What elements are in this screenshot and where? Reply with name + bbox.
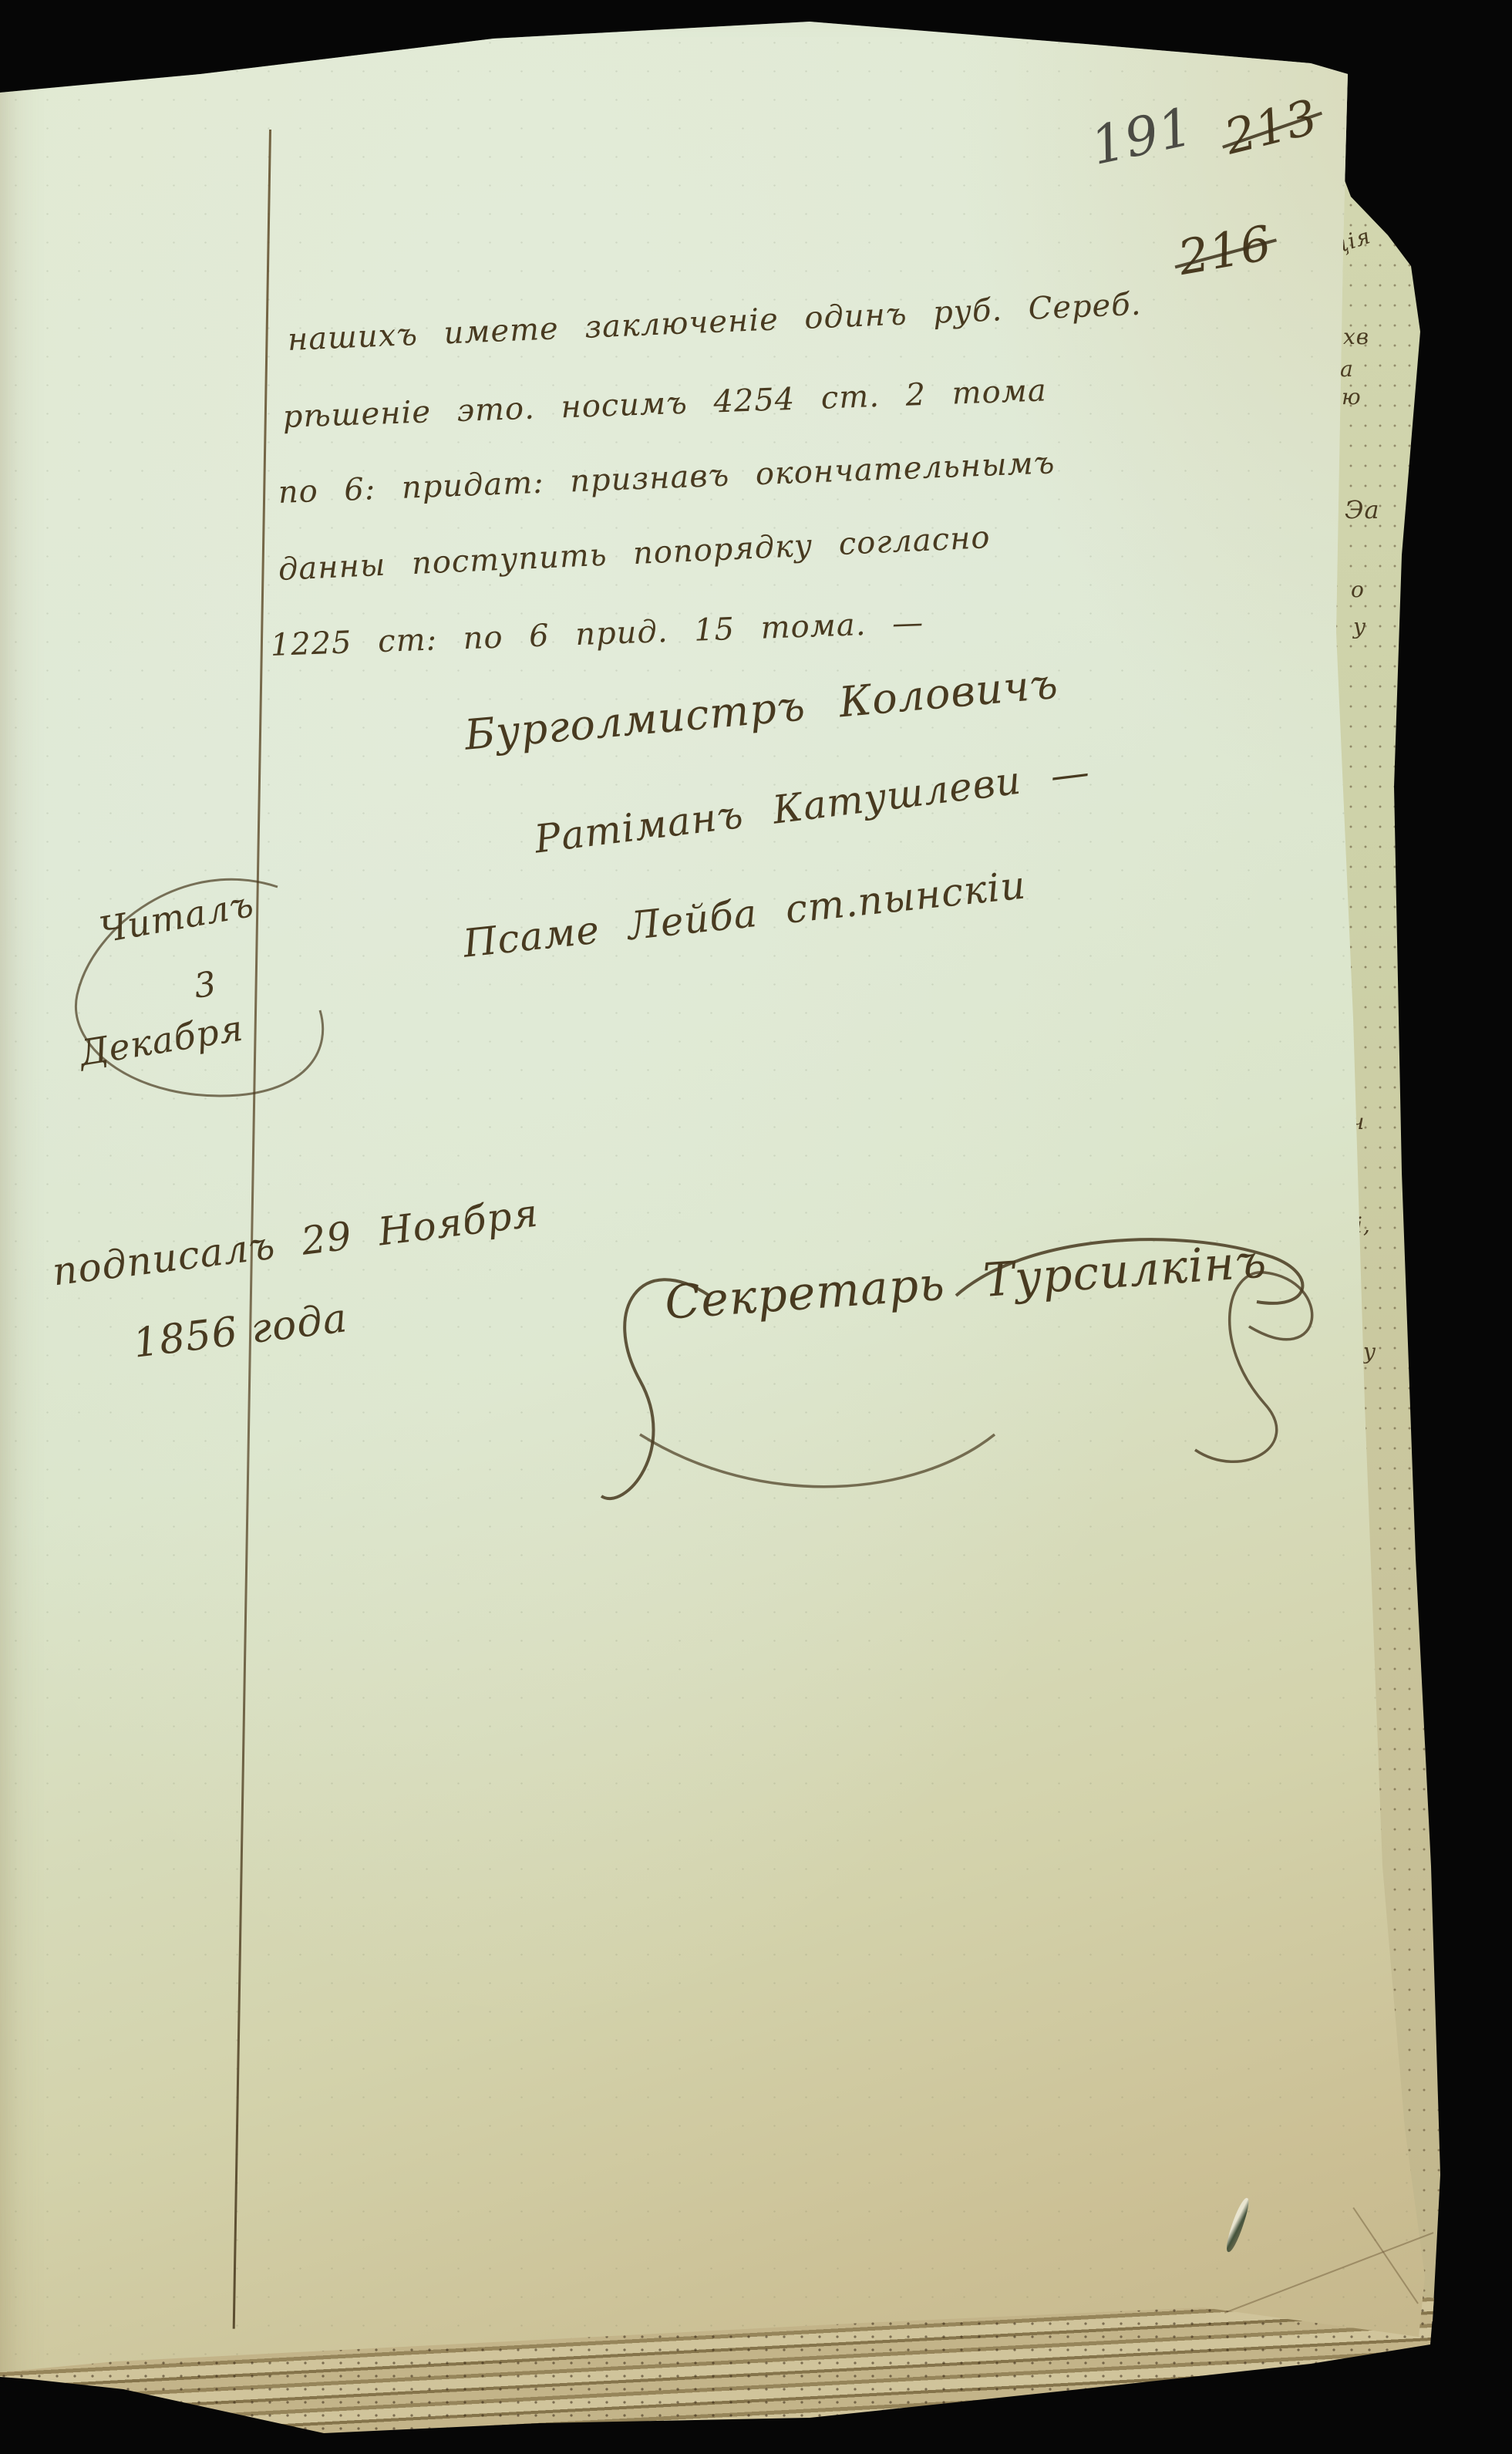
edge-text-fragment: Эа [1345,495,1380,524]
edge-text-fragment: о [1351,577,1365,602]
edge-text-fragment: хв [1343,324,1369,349]
edge-text-fragment: у [1353,614,1366,639]
edge-text-fragment: у [1363,1339,1376,1364]
archival-photo: { "annotations": { "page_number_pencil":… [0,0,1512,2454]
edge-text-fragment: а [1340,356,1354,382]
edge-text-fragment: ю [1342,384,1362,410]
